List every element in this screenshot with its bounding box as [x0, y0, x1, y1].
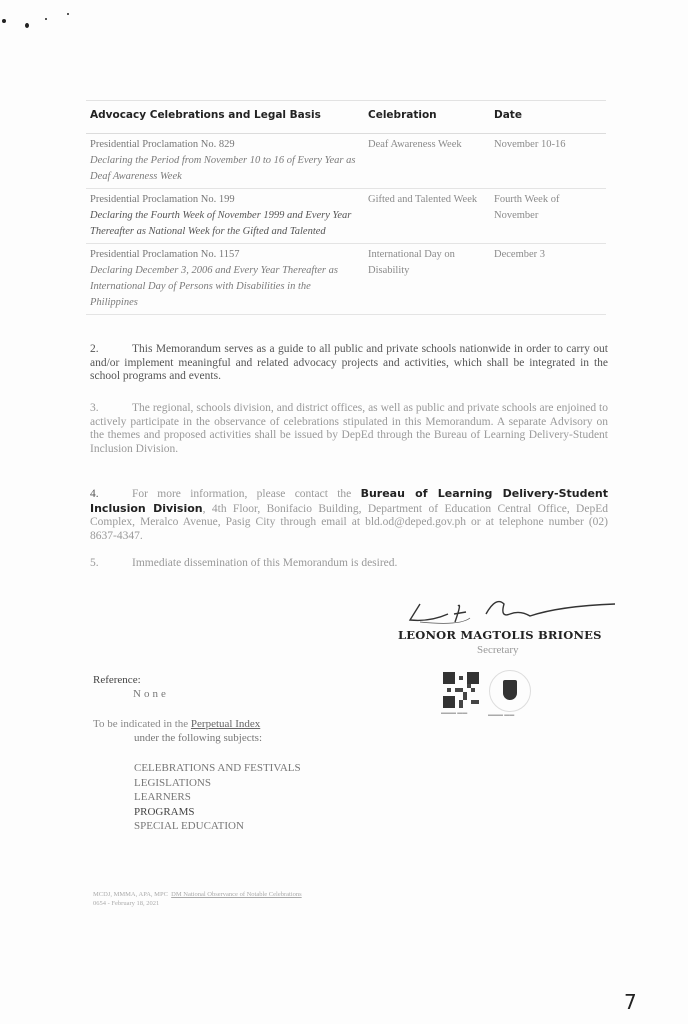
advocacy-table: Advocacy Celebrations and Legal Basis Ce… [86, 100, 606, 315]
list-item: SPECIAL EDUCATION [134, 819, 301, 834]
list-item: PROGRAMS [134, 805, 301, 820]
list-item: LEGISLATIONS [134, 776, 301, 791]
proclamation: Presidential Proclamation No. 1157 [90, 247, 360, 263]
declaration: Declaring December 3, 2006 and Every Yea… [90, 263, 360, 311]
paragraph-2: 2.This Memorandum serves as a guide to a… [90, 343, 608, 384]
header-basis: Advocacy Celebrations and Legal Basis [86, 101, 364, 134]
reference-value: None [133, 688, 169, 700]
signatory-title: Secretary [477, 644, 519, 656]
paragraph-5: 5.Immediate dissemination of this Memora… [90, 557, 608, 571]
reference-label: Reference: [93, 674, 141, 686]
signatory-name: LEONOR MAGTOLIS BRIONES [398, 628, 602, 642]
table-header-row: Advocacy Celebrations and Legal Basis Ce… [86, 101, 606, 134]
paragraph-4: 4.For more information, please contact t… [90, 487, 608, 543]
list-item: LEARNERS [134, 790, 301, 805]
seal-caption: ▬▬▬ ▬▬ [488, 713, 514, 718]
date-cell: November 10-16 [490, 134, 606, 189]
footer-link: DM National Observance of Notable Celebr… [171, 891, 302, 898]
celebration-cell: Deaf Awareness Week [364, 134, 490, 189]
table-row: Presidential Proclamation No. 1157 Decla… [86, 244, 606, 315]
perpetual-index-subtitle: under the following subjects: [134, 732, 262, 744]
header-date: Date [490, 101, 606, 134]
legal-basis-cell: Presidential Proclamation No. 1157 Decla… [86, 244, 364, 315]
proclamation: Presidential Proclamation No. 829 [90, 137, 360, 153]
celebration-cell: Gifted and Talented Week [364, 189, 490, 244]
perpetual-index-line: To be indicated in the Perpetual Index [93, 718, 260, 730]
legal-basis-cell: Presidential Proclamation No. 829 Declar… [86, 134, 364, 189]
table-row: Presidential Proclamation No. 829 Declar… [86, 134, 606, 189]
proclamation: Presidential Proclamation No. 199 [90, 192, 360, 208]
deped-seal-icon [489, 670, 531, 712]
perpetual-index-link: Perpetual Index [191, 718, 260, 730]
declaration: Declaring the Fourth Week of November 19… [90, 208, 360, 240]
date-cell: December 3 [490, 244, 606, 315]
footer-code: MCDJ, MMMA, APA, MPC DM National Observa… [93, 890, 302, 908]
paragraph-3: 3.The regional, schools division, and di… [90, 402, 608, 456]
qr-code-icon [443, 672, 479, 708]
page-number: 7 [624, 990, 637, 1014]
list-item: CELEBRATIONS AND FESTIVALS [134, 761, 301, 776]
declaration: Declaring the Period from November 10 to… [90, 153, 360, 185]
qr-caption: ▬▬▬ ▬▬ [441, 711, 467, 716]
celebration-cell: International Day on Disability [364, 244, 490, 315]
legal-basis-cell: Presidential Proclamation No. 199 Declar… [86, 189, 364, 244]
table-row: Presidential Proclamation No. 199 Declar… [86, 189, 606, 244]
header-celebration: Celebration [364, 101, 490, 134]
date-cell: Fourth Week of November [490, 189, 606, 244]
subject-list: CELEBRATIONS AND FESTIVALS LEGISLATIONS … [134, 761, 301, 834]
